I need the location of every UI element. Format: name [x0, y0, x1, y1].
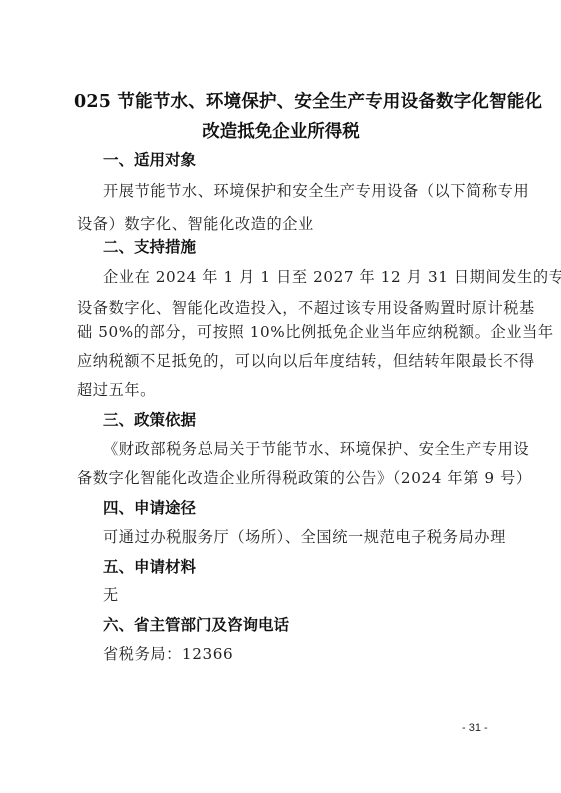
section-text-line: 超过五年。 [77, 379, 487, 400]
section-text-line: 开展节能节水、环境保护和安全生产专用设备（以下简称专用 [103, 180, 513, 201]
section-heading-support-measures: 二、支持措施 [103, 235, 196, 257]
section-heading-application-materials: 五、申请材料 [103, 555, 196, 577]
section-text-line: 《财政部税务总局关于节能节水、环境保护、安全生产专用设 [103, 438, 513, 459]
section-text-line: 企业在 2024 年 1 月 1 日至 2027 年 12 月 31 日期间发生… [103, 266, 513, 287]
section-text-line: 可通过办税服务厅（场所）、全国统一规范电子税务局办理 [103, 526, 513, 547]
section-text-line: 无 [103, 584, 513, 605]
section-heading-applicable-targets: 一、适用对象 [103, 148, 196, 170]
section-text-line: 设备数字化、智能化改造投入，不超过该专用设备购置时原计税基 [77, 297, 487, 318]
document-title-line2: 改造抵免企业所得税 [74, 118, 488, 143]
contact-phone: 省税务局：12366 [103, 643, 513, 664]
section-text-line: 础 50%的部分，可按照 10%比例抵免企业当年应纳税额。企业当年 [77, 321, 487, 342]
section-text-line: 设备）数字化、智能化改造的企业 [77, 213, 487, 234]
section-heading-contact: 六、省主管部门及咨询电话 [103, 613, 289, 635]
document-page: 025 节能节水、环境保护、安全生产专用设备数字化智能化 改造抵免企业所得税 一… [0, 0, 561, 793]
page-number: - 31 - [462, 722, 488, 734]
section-text-line: 备数字化智能化改造企业所得税政策的公告》（2024 年第 9 号） [77, 467, 487, 488]
section-text-line: 应纳税额不足抵免的，可以向以后年度结转，但结转年限最长不得 [77, 350, 487, 371]
section-heading-application-channel: 四、申请途径 [103, 496, 196, 518]
section-heading-policy-basis: 三、政策依据 [103, 408, 196, 430]
document-title-line1: 025 节能节水、环境保护、安全生产专用设备数字化智能化 [74, 88, 488, 113]
